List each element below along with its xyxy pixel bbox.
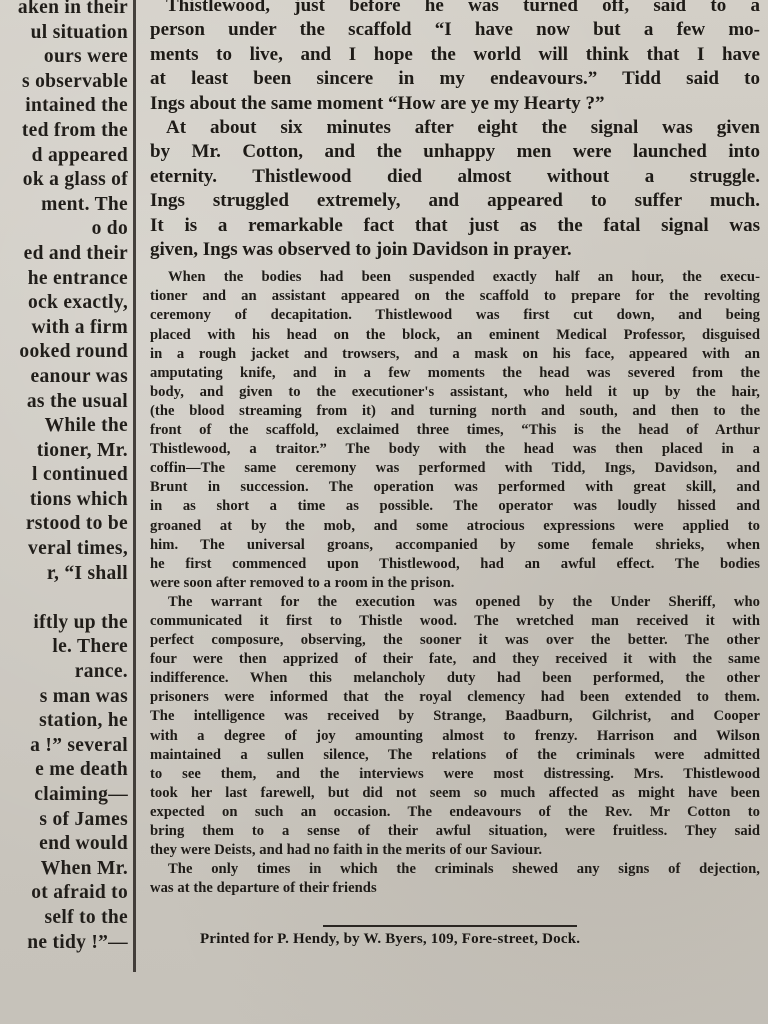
small-type-paragraph: The warrant for the execution was opened… bbox=[150, 593, 760, 860]
left-column-line: with a firm bbox=[0, 316, 128, 341]
small-type-line: The intelligence was received by Strange… bbox=[150, 707, 760, 726]
left-column-line: le. There bbox=[0, 635, 128, 660]
left-column-line: ours were bbox=[0, 45, 128, 70]
left-column-line: o do bbox=[0, 217, 128, 242]
small-type-line: were soon after removed to a room in the… bbox=[150, 574, 760, 593]
large-type-line: person under the scaffold “I have now bu… bbox=[150, 18, 760, 42]
small-type-line: with a degree of joy amounting almost to… bbox=[150, 727, 760, 746]
left-column-line: rstood to be bbox=[0, 512, 128, 537]
small-type-line: tioner and an assistant appeared on the … bbox=[150, 287, 760, 306]
left-column-line: tioner, Mr. bbox=[0, 439, 128, 464]
column-divider bbox=[133, 0, 136, 972]
small-type-line: him. The universal groans, accompanied b… bbox=[150, 536, 760, 555]
left-column-line: s of James bbox=[0, 808, 128, 833]
small-type-line: took her last farewell, but did not seem… bbox=[150, 784, 760, 803]
left-column-line: d appeared bbox=[0, 144, 128, 169]
small-type-line: front of the scaffold, exclaimed three t… bbox=[150, 421, 760, 440]
left-column-line: intained the bbox=[0, 94, 128, 119]
small-type-line: to see them, and the interviews were mos… bbox=[150, 765, 760, 784]
small-type-line: indifference. When this melancholy duty … bbox=[150, 669, 760, 688]
left-column-fragment: aken in theirul situationours weres obse… bbox=[0, 0, 128, 955]
large-type-line: It is a remarkable fact that just as the… bbox=[150, 214, 760, 238]
left-column-line: iftly up the bbox=[0, 611, 128, 636]
left-column-line: rance. bbox=[0, 660, 128, 685]
left-column-line: ed and their bbox=[0, 242, 128, 267]
left-column-line: end would bbox=[0, 832, 128, 857]
large-type-line: At about six minutes after eight the sig… bbox=[150, 116, 760, 140]
large-type-line: eternity. Thistlewood died almost withou… bbox=[150, 165, 760, 189]
large-type-line: Thistlewood, just before he was turned o… bbox=[150, 0, 760, 18]
left-column-line: s man was bbox=[0, 685, 128, 710]
left-column-line: ment. The bbox=[0, 193, 128, 218]
small-type-line: (the blood streaming from it) and turnin… bbox=[150, 402, 760, 421]
printer-imprint: Printed for P. Hendy, by W. Byers, 109, … bbox=[200, 931, 700, 948]
left-column-line: ock exactly, bbox=[0, 291, 128, 316]
left-column-line: as the usual bbox=[0, 390, 128, 415]
small-type-section: When the bodies had been suspended exact… bbox=[150, 268, 760, 898]
right-column-article: Thistlewood, just before he was turned o… bbox=[150, 0, 760, 898]
closing-rule bbox=[323, 925, 577, 927]
left-column-line: When Mr. bbox=[0, 857, 128, 882]
left-column-line: While the bbox=[0, 414, 128, 439]
small-type-line: Thistlewood, a traitor.” The body with t… bbox=[150, 440, 760, 459]
small-type-paragraph: The only times in which the criminals sh… bbox=[150, 860, 760, 898]
small-type-line: in a rough jacket and trowsers, and a ma… bbox=[150, 345, 760, 364]
large-type-line: given, Ings was observed to join Davidso… bbox=[150, 238, 760, 262]
left-column-line: ooked round bbox=[0, 340, 128, 365]
left-column-line: self to the bbox=[0, 906, 128, 931]
small-type-line: was at the departure of their friends bbox=[150, 879, 760, 898]
large-type-line: by Mr. Cotton, and the unhappy men were … bbox=[150, 140, 760, 164]
small-type-line: communicated it first to Thistle wood. T… bbox=[150, 612, 760, 631]
small-type-line: When the bodies had been suspended exact… bbox=[150, 268, 760, 287]
small-type-line: coffin—The same ceremony was performed w… bbox=[150, 459, 760, 478]
left-column-line: station, he bbox=[0, 709, 128, 734]
small-type-line: placed with his head on the block, an em… bbox=[150, 326, 760, 345]
left-column-line: ok a glass of bbox=[0, 168, 128, 193]
small-type-line: four were then apprized of their fate, a… bbox=[150, 650, 760, 669]
left-column-line: aken in their bbox=[0, 0, 128, 21]
left-column-line: s observable bbox=[0, 70, 128, 95]
small-type-paragraph: When the bodies had been suspended exact… bbox=[150, 268, 760, 593]
left-column-line: ted from the bbox=[0, 119, 128, 144]
small-type-line: The warrant for the execution was opened… bbox=[150, 593, 760, 612]
large-type-line: Ings struggled extremely, and appeared t… bbox=[150, 189, 760, 213]
small-type-line: amputating knife, and in a few moments t… bbox=[150, 364, 760, 383]
left-column-line: r, “I shall bbox=[0, 562, 128, 587]
small-type-line: maintained a sullen silence, The relatio… bbox=[150, 746, 760, 765]
small-type-line: in as short a time as possible. The oper… bbox=[150, 497, 760, 516]
left-column-line: a !” several bbox=[0, 734, 128, 759]
small-type-line: they were Deists, and had no faith in th… bbox=[150, 841, 760, 860]
small-type-line: ceremony of decapitation. Thistlewood wa… bbox=[150, 306, 760, 325]
small-type-line: bring them to a sense of their awful sit… bbox=[150, 822, 760, 841]
small-type-line: Brunt in succession. The operation was p… bbox=[150, 478, 760, 497]
small-type-line: groaned at by the mob, and some atrociou… bbox=[150, 517, 760, 536]
left-column-line: claiming— bbox=[0, 783, 128, 808]
left-column-line: l continued bbox=[0, 463, 128, 488]
left-column-line bbox=[0, 586, 128, 611]
small-type-line: perfect composure, observing, the sooner… bbox=[150, 631, 760, 650]
left-column-line: tions which bbox=[0, 488, 128, 513]
left-column-line: ne tidy !”— bbox=[0, 931, 128, 956]
left-column-line: e me death bbox=[0, 758, 128, 783]
left-column-line: he entrance bbox=[0, 267, 128, 292]
large-type-line: at least been sincere in my endeavours.”… bbox=[150, 67, 760, 91]
small-type-line: he first commenced upon Thistlewood, had… bbox=[150, 555, 760, 574]
left-column-line: eanour was bbox=[0, 365, 128, 390]
newspaper-page: aken in theirul situationours weres obse… bbox=[0, 0, 768, 1024]
small-type-line: The only times in which the criminals sh… bbox=[150, 860, 760, 879]
left-column-line: ot afraid to bbox=[0, 881, 128, 906]
small-type-line: prisoners were informed that the royal c… bbox=[150, 688, 760, 707]
large-type-section: Thistlewood, just before he was turned o… bbox=[150, 0, 760, 262]
small-type-line: body, and given to the executioner's ass… bbox=[150, 383, 760, 402]
small-type-line: expected on such an occasion. The endeav… bbox=[150, 803, 760, 822]
left-column-line: ul situation bbox=[0, 21, 128, 46]
large-type-line: Ings about the same moment “How are ye m… bbox=[150, 92, 760, 116]
left-column-line: veral times, bbox=[0, 537, 128, 562]
large-type-line: ments to live, and I hope the world will… bbox=[150, 43, 760, 67]
